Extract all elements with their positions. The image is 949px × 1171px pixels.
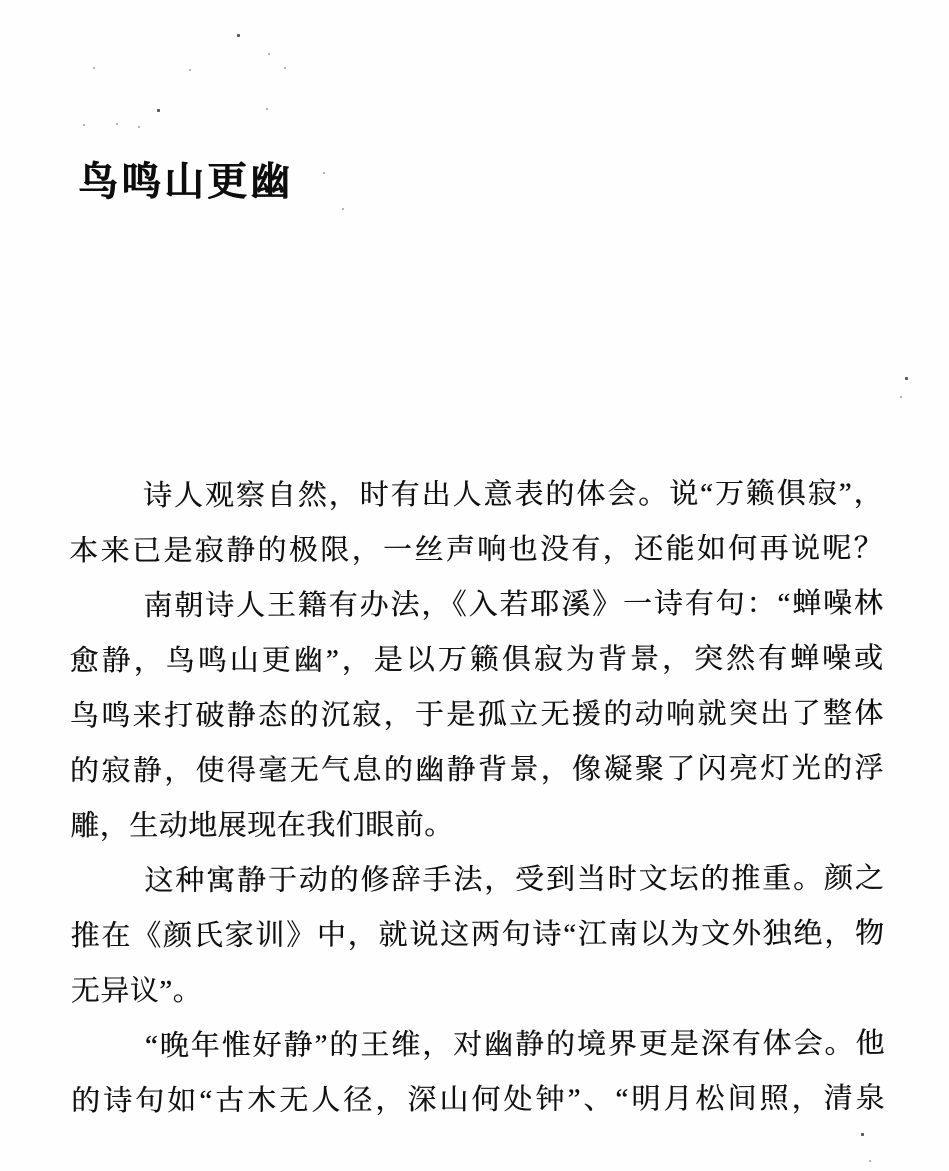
scan-noise-speck [342,208,344,210]
text-line: 愈静，鸟鸣山更幽”，是以万籁俱寂为背景，突然有蝉噪或 [69,632,883,690]
text-line: 鸟鸣来打破静态的沉寂，于是孤立无援的动响就突出了整体 [70,687,884,745]
scan-noise-speck [323,172,325,174]
text-line: 这种寓静于动的修辞手法，受到当时文坛的推重。颜之 [70,852,884,910]
scanned-book-page: 鸟鸣山更幽 诗人观察自然，时有出人意表的体会。说“万籁俱寂”， 本来已是寂静的极… [0,0,949,1171]
text-line: 雕，生动地展现在我们眼前。 [70,797,884,855]
scan-noise-speck [157,109,160,112]
scan-noise-speck [266,108,268,110]
text-line: 推在《颜氏家训》中，就说这两句诗“江南以为文外独绝，物 [70,907,884,965]
scan-noise-speck [189,69,191,71]
text-line: 诗人观察自然，时有出人意表的体会。说“万籁俱寂”， [69,467,883,525]
body-text-block: 诗人观察自然，时有出人意表的体会。说“万籁俱寂”， 本来已是寂静的极限，一丝声响… [69,467,885,1130]
text-line: 的寂静，使得毫无气息的幽静背景，像凝聚了闪亮灯光的浮 [70,742,884,800]
scan-noise-speck [93,67,95,69]
scan-noise-speck [900,396,902,398]
scan-noise-speck [138,126,140,128]
scan-noise-speck [268,53,270,55]
scan-noise-speck [437,548,439,550]
text-line: 无异议”。 [71,962,885,1020]
scan-noise-speck [869,1160,871,1162]
text-line: “晚年惟好静”的王维，对幽静的境界更是深有体会。他 [71,1017,885,1075]
text-line: 本来已是寂静的极限，一丝声响也没有，还能如何再说呢？ [69,522,883,580]
scan-noise-speck [905,377,908,380]
text-line: 的诗句如“古木无人径，深山何处钟”、“明月松间照，清泉 [71,1072,885,1130]
scan-noise-speck [284,67,286,69]
page-title: 鸟鸣山更幽 [78,150,293,208]
scan-noise-speck [83,124,85,126]
scan-noise-speck [116,123,118,125]
scan-noise-speck [237,34,240,37]
text-line: 南朝诗人王籍有办法，《入若耶溪》一诗有句：“蝉噪林 [69,577,883,635]
scan-noise-speck [861,1133,864,1136]
